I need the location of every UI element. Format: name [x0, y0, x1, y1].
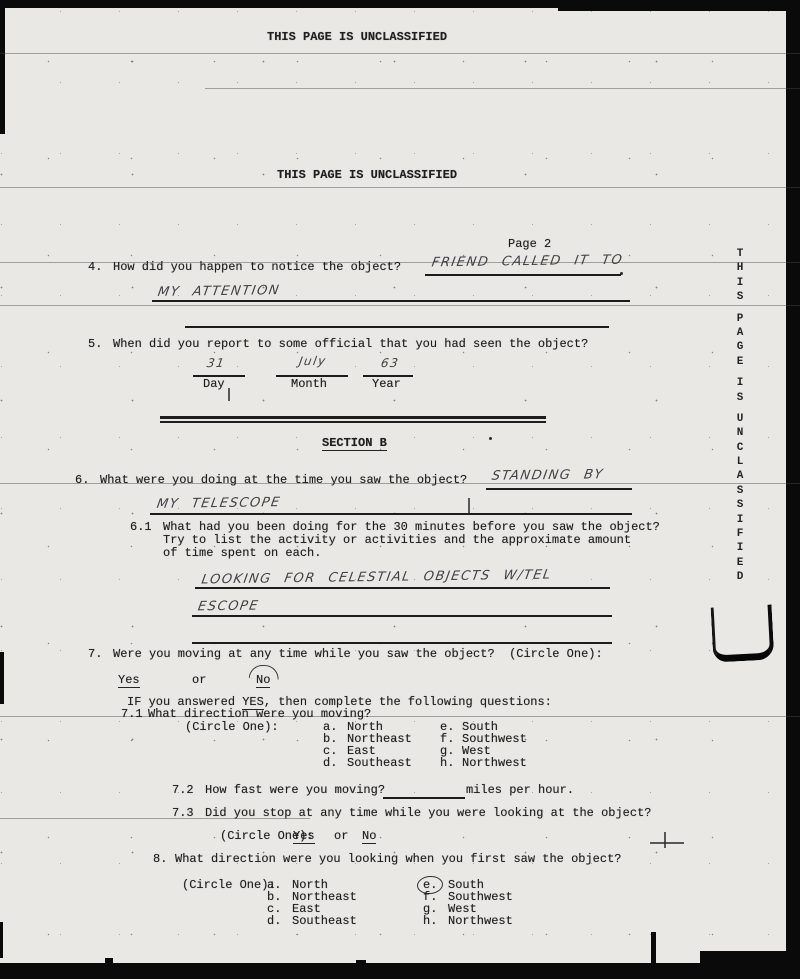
- question-6-answer-line1: STANDING BY: [491, 467, 605, 484]
- scan-mark-bottom-right: [700, 951, 788, 965]
- circled-no-mark: [249, 664, 280, 680]
- classification-banner-top: THIS PAGE IS UNCLASSIFIED: [267, 31, 447, 44]
- scan-line: [0, 187, 800, 188]
- scan-speck1: [105, 958, 113, 964]
- scan-line: [0, 53, 800, 54]
- option-letter: h.: [423, 915, 437, 928]
- question-4-answer-line2: MY ATTENTION: [157, 283, 282, 300]
- question-4-text: How did you happen to notice the object?: [113, 261, 401, 274]
- question-8-number: 8.: [153, 853, 167, 866]
- question-7-or: or: [192, 674, 206, 687]
- question-6-text: What were you doing at the time you saw …: [100, 474, 467, 487]
- question-7-2-text: How fast were you moving?: [205, 784, 385, 797]
- section-divider-rule: [160, 416, 546, 419]
- scan-edge-top-right: [558, 0, 800, 11]
- scan-mark-bottom-line: [651, 932, 656, 966]
- question-8-circle-one: (Circle One):: [182, 879, 276, 892]
- option-label: Southeast: [347, 757, 412, 770]
- question-7-3-no: No: [362, 830, 376, 844]
- question-6-number: 6.: [75, 474, 89, 487]
- option-label: Northwest: [448, 915, 513, 928]
- stray-pen-tick: [228, 388, 230, 401]
- scan-cross-h: [650, 842, 684, 844]
- question-6-1-number: 6.1: [130, 521, 152, 534]
- scan-cross-v: [664, 832, 666, 848]
- date-month-value: July: [298, 354, 328, 368]
- section-b-heading: SECTION B: [322, 437, 387, 451]
- question-5-text: When did you report to some official tha…: [113, 338, 588, 351]
- question-4-number: 4.: [88, 261, 102, 274]
- date-day-value: 31: [206, 356, 227, 370]
- section-divider-rule: [160, 421, 546, 423]
- question-8-text: What direction were you looking when you…: [175, 853, 621, 866]
- scan-edge-bottom: [0, 963, 800, 979]
- date-day-label: Day: [203, 378, 225, 391]
- scan-line: [0, 716, 800, 717]
- answer-underline: [425, 274, 621, 276]
- option-letter: h.: [440, 757, 454, 770]
- answer-underline: [486, 488, 632, 490]
- option-letter: d.: [323, 757, 337, 770]
- scan-edge-left-tick2: [0, 922, 3, 958]
- page-number: Page 2: [508, 238, 551, 251]
- scan-edge-right: [786, 0, 800, 979]
- date-year-label: Year: [372, 378, 401, 391]
- question-7-1-circle-one: (Circle One):: [185, 721, 279, 734]
- question-7-2-number: 7.2: [172, 784, 194, 797]
- scan-line: [0, 305, 800, 306]
- side-classification-text: THISPAGEISUNCLASSIFIED: [733, 247, 747, 585]
- question-7-3-yes: Yes: [293, 830, 315, 844]
- question-6-1-answer-line2: ESCOPE: [197, 599, 260, 615]
- speed-blank-underline: [383, 797, 465, 799]
- date-month-label: Month: [291, 378, 327, 391]
- answer-underline-blank: [185, 326, 609, 328]
- scan-speck2: [356, 960, 366, 964]
- stray-pen-tick: [468, 498, 470, 513]
- option-label: Southeast: [292, 915, 357, 928]
- scan-edge-left: [0, 6, 5, 134]
- answer-underline-blank: [192, 642, 612, 644]
- question-7-3-number: 7.3: [172, 807, 194, 820]
- classification-banner-middle: THIS PAGE IS UNCLASSIFIED: [277, 169, 457, 182]
- question-7-3-or: or: [334, 830, 348, 843]
- ink-speck: [489, 437, 492, 440]
- question-5-number: 5.: [88, 338, 102, 351]
- question-6-1-line3: of time spent on each.: [163, 547, 321, 560]
- question-4-answer-line1: FRIEND CALLED IT TO: [431, 253, 625, 271]
- scan-line: [205, 88, 800, 89]
- question-7-1-number: 7.1: [121, 708, 143, 721]
- answer-underline: [150, 513, 632, 515]
- answer-underline: [152, 300, 630, 302]
- question-7-number: 7.: [88, 648, 102, 661]
- question-6-1-answer-line1: LOOKING FOR CELESTIAL OBJECTS W/TEL: [200, 568, 553, 588]
- option-letter: d.: [267, 915, 281, 928]
- punch-bracket-mark: [711, 604, 775, 662]
- option-label: Northwest: [462, 757, 527, 770]
- scan-edge-left-tick: [0, 652, 4, 704]
- scanned-document-page: THIS PAGE IS UNCLASSIFIED THIS PAGE IS U…: [0, 0, 800, 979]
- question-7-yes: Yes: [118, 674, 140, 688]
- question-7-text: Were you moving at any time while you sa…: [113, 648, 603, 661]
- question-7-2-suffix: miles per hour.: [466, 784, 574, 797]
- answer-underline: [195, 587, 610, 589]
- question-7-3-text: Did you stop at any time while you were …: [205, 807, 651, 820]
- answer-underline: [192, 615, 612, 617]
- question-6-answer-line2: MY TELESCOPE: [156, 495, 282, 512]
- date-year-value: 63: [380, 356, 401, 370]
